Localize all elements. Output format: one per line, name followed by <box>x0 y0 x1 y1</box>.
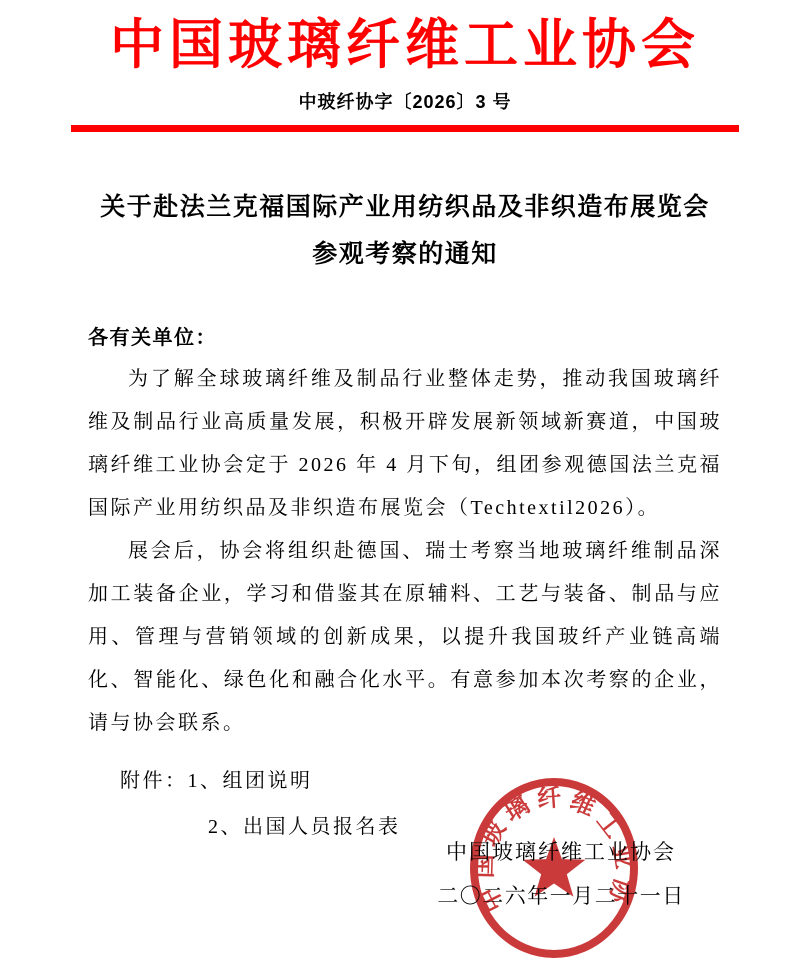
body-paragraph-1: 为了解全球玻璃纤维及制品行业整体走势，推动我国玻璃纤维及制品行业高质量发展，积极… <box>88 358 722 530</box>
doc-title: 关于赴法兰克福国际产业用纺织品及非织造布展览会 参观考察的通知 <box>0 184 810 278</box>
doc-number: 中玻纤协字〔2026〕3 号 <box>0 88 810 114</box>
body-paragraph-2: 展会后，协会将组织赴德国、瑞士考察当地玻璃纤维制品深加工装备企业，学习和借鉴其在… <box>88 530 722 745</box>
signature-org-name: 中国玻璃纤维工业协会 <box>430 838 692 866</box>
body-text: 为了解全球玻璃纤维及制品行业整体走势，推动我国玻璃纤维及制品行业高质量发展，积极… <box>88 358 722 745</box>
attachment-item-1: 附件：1、组团说明 <box>120 758 722 804</box>
attachments-list: 附件：1、组团说明 2、出国人员报名表 <box>120 758 722 850</box>
org-letterhead-title: 中国玻璃纤维工业协会 <box>0 14 810 76</box>
doc-title-line-2: 参观考察的通知 <box>0 231 810 278</box>
salutation: 各有关单位： <box>88 324 722 352</box>
document-page: 中国玻璃纤维工业协会 中玻纤协字〔2026〕3 号 关于赴法兰克福国际产业用纺织… <box>0 0 810 969</box>
closing-block: 中国玻璃纤维工业协会 二〇二六年一月二十一日 <box>430 838 692 910</box>
signature-date: 二〇二六年一月二十一日 <box>430 882 692 910</box>
doc-title-line-1: 关于赴法兰克福国际产业用纺织品及非织造布展览会 <box>0 184 810 231</box>
letterhead-divider-rule <box>71 125 739 132</box>
